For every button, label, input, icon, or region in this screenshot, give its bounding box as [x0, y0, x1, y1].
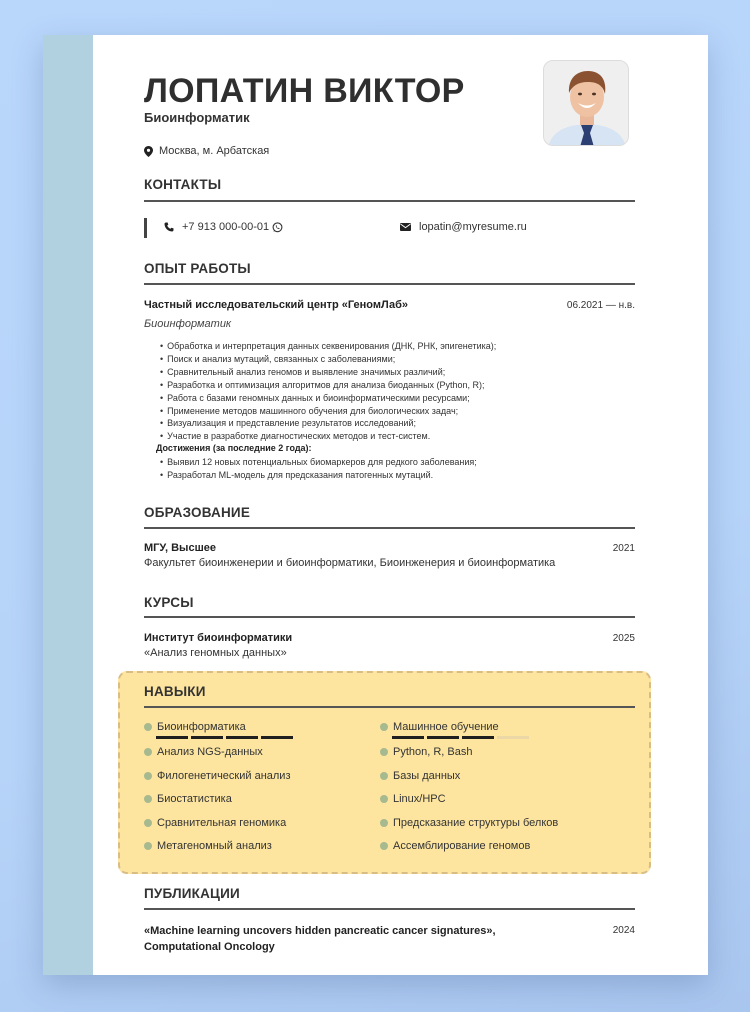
skill-item: Базы данных [380, 770, 460, 782]
education-divider [144, 527, 635, 529]
candidate-photo [543, 60, 629, 146]
skill-level-segment [156, 736, 188, 739]
skill-label: Сравнительная геномика [157, 817, 286, 829]
skill-label: Биостатистика [157, 793, 232, 805]
skill-label: Биоинформатика [157, 721, 246, 733]
skill-level-bar [156, 736, 293, 739]
skill-item: Биостатистика [144, 793, 232, 805]
skill-label: Машинное обучение [393, 721, 499, 733]
experience-heading: ОПЫТ РАБОТЫ [144, 261, 251, 276]
bullet-dot-icon [380, 819, 388, 827]
location-text: Москва, м. Арбатская [159, 145, 269, 157]
duty-item: Визуализация и представление результатов… [160, 417, 496, 430]
skill-item: Биоинформатика [144, 721, 246, 733]
skill-label: Ассемблирование геномов [393, 840, 530, 852]
skill-item: Машинное обучение [380, 721, 499, 733]
skill-level-segment [392, 736, 424, 739]
course-details: «Анализ геномных данных» [144, 647, 287, 659]
education-details: Факультет биоинженерии и биоинформатики,… [144, 557, 555, 569]
duty-item: Участие в разработке диагностических мет… [160, 430, 496, 443]
skill-label: Linux/HPC [393, 793, 446, 805]
course-entry-header: Институт биоинформатики 2025 [144, 632, 635, 644]
achievements-title: Достижения (за последние 2 года): [156, 443, 312, 453]
skill-level-segment [191, 736, 223, 739]
achievement-item: Разработал ML-модель для предсказания па… [160, 469, 477, 482]
achievement-item: Выявил 12 новых потенциальных биомаркеро… [160, 456, 477, 469]
whatsapp-icon [272, 222, 283, 233]
skill-item: Анализ NGS-данных [144, 746, 263, 758]
duty-item: Поиск и анализ мутаций, связанных с забо… [160, 353, 496, 366]
bullet-dot-icon [380, 723, 388, 731]
resume-page: ЛОПАТИН ВИКТОР Биоинформатик Москва, м. … [43, 35, 708, 975]
experience-divider [144, 283, 635, 285]
skill-label: Филогенетический анализ [157, 770, 291, 782]
duty-item: Обработка и интерпретация данных секвени… [160, 340, 496, 353]
education-org: МГУ, Высшее [144, 542, 216, 554]
education-year: 2021 [613, 543, 635, 554]
skill-level-segment [462, 736, 494, 739]
duty-item: Работа с базами геномных данных и биоинф… [160, 392, 496, 405]
skill-label: Базы данных [393, 770, 460, 782]
envelope-icon [400, 223, 411, 231]
skill-item: Метагеномный анализ [144, 840, 272, 852]
skill-item: Филогенетический анализ [144, 770, 291, 782]
email-contact[interactable]: lopatin@myresume.ru [400, 221, 527, 233]
job-role: Биоинформатик [144, 318, 231, 330]
phone-icon [164, 222, 174, 232]
duty-item: Применение методов машинного обучения дл… [160, 405, 496, 418]
course-year: 2025 [613, 633, 635, 644]
skill-item: Linux/HPC [380, 793, 446, 805]
skills-divider [144, 706, 635, 708]
publications-divider [144, 908, 635, 910]
contacts-heading: КОНТАКТЫ [144, 177, 221, 192]
bullet-dot-icon [144, 795, 152, 803]
job-dates: 06.2021 — н.в. [567, 300, 635, 311]
bullet-dot-icon [144, 723, 152, 731]
duty-item: Сравнительный анализ геномов и выявление… [160, 366, 496, 379]
bullet-dot-icon [144, 748, 152, 756]
skill-label: Анализ NGS-данных [157, 746, 263, 758]
skill-label: Метагеномный анализ [157, 840, 272, 852]
skill-item: Ассемблирование геномов [380, 840, 530, 852]
skill-level-segment [226, 736, 258, 739]
bullet-dot-icon [380, 795, 388, 803]
skills-heading: НАВЫКИ [144, 684, 206, 699]
education-entry-header: МГУ, Высшее 2021 [144, 542, 635, 554]
duty-item: Разработка и оптимизация алгоритмов для … [160, 379, 496, 392]
education-heading: ОБРАЗОВАНИЕ [144, 505, 250, 520]
publication-entry: «Machine learning uncovers hidden pancre… [144, 923, 635, 955]
skill-level-segment [261, 736, 293, 739]
skill-level-bar [392, 736, 529, 739]
achievements-list: Выявил 12 новых потенциальных биомаркеро… [160, 456, 477, 482]
publications-heading: ПУБЛИКАЦИИ [144, 886, 240, 901]
contacts-accent-bar [144, 218, 147, 238]
phone-number: +7 913 000-00-01 [182, 221, 269, 233]
phone-contact[interactable]: +7 913 000-00-01 [164, 221, 283, 233]
bullet-dot-icon [144, 842, 152, 850]
map-pin-icon [144, 146, 153, 157]
job-company: Частный исследовательский центр «ГеномЛа… [144, 299, 408, 311]
skill-level-segment [497, 736, 529, 739]
skill-item: Предсказание структуры белков [380, 817, 558, 829]
candidate-title: Биоинформатик [144, 110, 250, 125]
skill-level-segment [427, 736, 459, 739]
bullet-dot-icon [144, 772, 152, 780]
course-org: Институт биоинформатики [144, 632, 292, 644]
location: Москва, м. Арбатская [144, 145, 269, 157]
bullet-dot-icon [380, 748, 388, 756]
candidate-name: ЛОПАТИН ВИКТОР [144, 72, 465, 111]
side-color-strip [43, 35, 93, 975]
skill-label: Python, R, Bash [393, 746, 473, 758]
contacts-row: +7 913 000-00-01 lopatin@myresume.ru [144, 218, 635, 238]
bullet-dot-icon [380, 842, 388, 850]
job-header: Частный исследовательский центр «ГеномЛа… [144, 299, 635, 311]
skill-label: Предсказание структуры белков [393, 817, 558, 829]
courses-divider [144, 616, 635, 618]
bullet-dot-icon [144, 819, 152, 827]
skill-item: Сравнительная геномика [144, 817, 286, 829]
bullet-dot-icon [380, 772, 388, 780]
job-duties-list: Обработка и интерпретация данных секвени… [160, 340, 496, 443]
courses-heading: КУРСЫ [144, 595, 194, 610]
publication-year: 2024 [613, 923, 635, 939]
skill-item: Python, R, Bash [380, 746, 473, 758]
contacts-divider [144, 200, 635, 202]
email-address: lopatin@myresume.ru [419, 221, 527, 233]
publication-title: «Machine learning uncovers hidden pancre… [144, 923, 564, 955]
